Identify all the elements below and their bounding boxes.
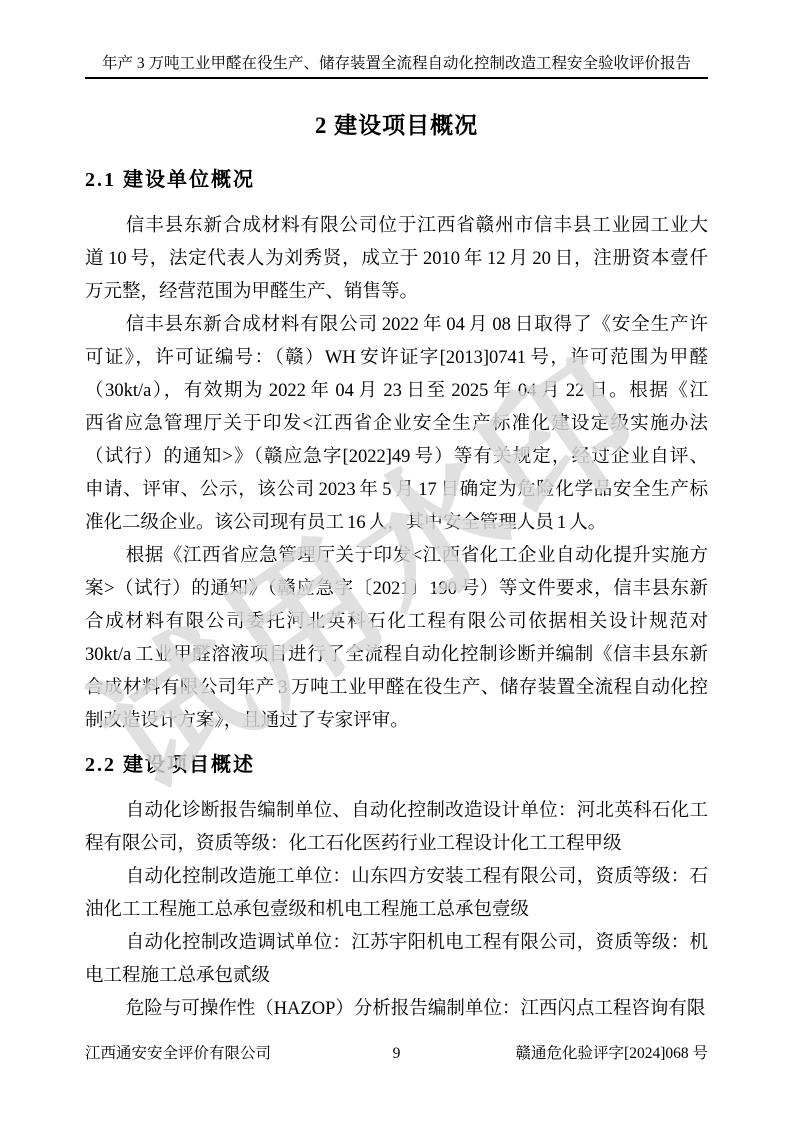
- paragraph: 信丰县东新合成材料有限公司位于江西省赣州市信丰县工业园工业大 道 10 号，法定…: [85, 210, 708, 309]
- text-line: （30kt/a），有效期为 2022 年 04 月 23 日至 2025 年 0…: [85, 375, 708, 408]
- text-line: 电工程施工总承包贰级: [85, 960, 708, 993]
- text-line: 万元整，经营范围为甲醛生产、销售等。: [85, 276, 708, 309]
- text-line: 危险与可操作性（HAZOP）分析报告编制单位：江西闪点工程咨询有限: [85, 993, 708, 1026]
- text-line: 合成材料有限公司年产 3 万吨工业甲醛在役生产、储存装置全流程自动化控: [85, 672, 708, 705]
- paragraph: 信丰县东新合成材料有限公司 2022 年 04 月 08 日取得了《安全生产许 …: [85, 309, 708, 540]
- footer-page-number: 9: [393, 1044, 401, 1064]
- paragraph: 自动化控制改造施工单位：山东四方安装工程有限公司，资质等级：石 油化工工程施工总…: [85, 861, 708, 927]
- text-line: 油化工工程施工总承包壹级和机电工程施工总承包壹级: [85, 894, 708, 927]
- text-line: 西省应急管理厅关于印发<江西省企业安全生产标准化建设定级实施办法: [85, 408, 708, 441]
- paragraph: 危险与可操作性（HAZOP）分析报告编制单位：江西闪点工程咨询有限: [85, 993, 708, 1026]
- text-line: 制改造设计方案》，且通过了专家评审。: [85, 705, 708, 738]
- page-header: 年产 3 万吨工业甲醛在役生产、储存装置全流程自动化控制改造工程安全验收评价报告: [85, 0, 708, 79]
- text-line: 30kt/a 工业甲醛溶液项目进行了全流程自动化控制诊断并编制《信丰县东新: [85, 639, 708, 672]
- section-heading: 2.2 建设项目概述: [85, 752, 708, 779]
- paragraph: 自动化诊断报告编制单位、自动化控制改造设计单位：河北英科石化工 程有限公司，资质…: [85, 795, 708, 861]
- document-page: 年产 3 万吨工业甲醛在役生产、储存装置全流程自动化控制改造工程安全验收评价报告…: [0, 0, 793, 1122]
- section-heading: 2.1 建设单位概况: [85, 167, 708, 194]
- text-line: 程有限公司，资质等级：化工石化医药行业工程设计化工工程甲级: [85, 828, 708, 861]
- text-line: 申请、评审、公示，该公司 2023 年 5 月 17 日确定为危险化学品安全生产…: [85, 474, 708, 507]
- text-line: 信丰县东新合成材料有限公司位于江西省赣州市信丰县工业园工业大: [85, 210, 708, 243]
- paragraph: 根据《江西省应急管理厅关于印发<江西省化工企业自动化提升实施方 案>（试行）的通…: [85, 540, 708, 738]
- text-line: 自动化控制改造调试单位：江苏宇阳机电工程有限公司，资质等级：机: [85, 927, 708, 960]
- paragraph: 自动化控制改造调试单位：江苏宇阳机电工程有限公司，资质等级：机 电工程施工总承包…: [85, 927, 708, 993]
- section-2-2: 2.2 建设项目概述 自动化诊断报告编制单位、自动化控制改造设计单位：河北英科石…: [85, 752, 708, 1026]
- text-line: 准化二级企业。该公司现有员工 16 人，其中安全管理人员 1 人。: [85, 507, 708, 540]
- page-content: 2 建设项目概况 2.1 建设单位概况 信丰县东新合成材料有限公司位于江西省赣州…: [85, 78, 708, 1026]
- text-line: 自动化控制改造施工单位：山东四方安装工程有限公司，资质等级：石: [85, 861, 708, 894]
- chapter-title: 2 建设项目概况: [85, 112, 708, 140]
- text-line: 案>（试行）的通知》（赣应急字〔2021〕190 号）等文件要求，信丰县东新: [85, 573, 708, 606]
- text-line: （试行）的通知>》（赣应急字[2022]49 号）等有关规定，经过企业自评、: [85, 441, 708, 474]
- text-line: 自动化诊断报告编制单位、自动化控制改造设计单位：河北英科石化工: [85, 795, 708, 828]
- text-line: 根据《江西省应急管理厅关于印发<江西省化工企业自动化提升实施方: [85, 540, 708, 573]
- text-line: 信丰县东新合成材料有限公司 2022 年 04 月 08 日取得了《安全生产许: [85, 309, 708, 342]
- footer-doc-number: 赣通危化验评字[2024]068 号: [516, 1044, 708, 1064]
- text-line: 合成材料有限公司委托河北英科石化工程有限公司依据相关设计规范对: [85, 606, 708, 639]
- footer-company: 江西通安安全评价有限公司: [85, 1044, 271, 1064]
- text-line: 可证》，许可证编号：（赣）WH 安许证字[2013]0741 号，许可范围为甲醛: [85, 342, 708, 375]
- text-line: 道 10 号，法定代表人为刘秀贤，成立于 2010 年 12 月 20 日，注册…: [85, 243, 708, 276]
- section-2-1: 2.1 建设单位概况 信丰县东新合成材料有限公司位于江西省赣州市信丰县工业园工业…: [85, 167, 708, 738]
- header-title: 年产 3 万吨工业甲醛在役生产、储存装置全流程自动化控制改造工程安全验收评价报告: [102, 55, 691, 72]
